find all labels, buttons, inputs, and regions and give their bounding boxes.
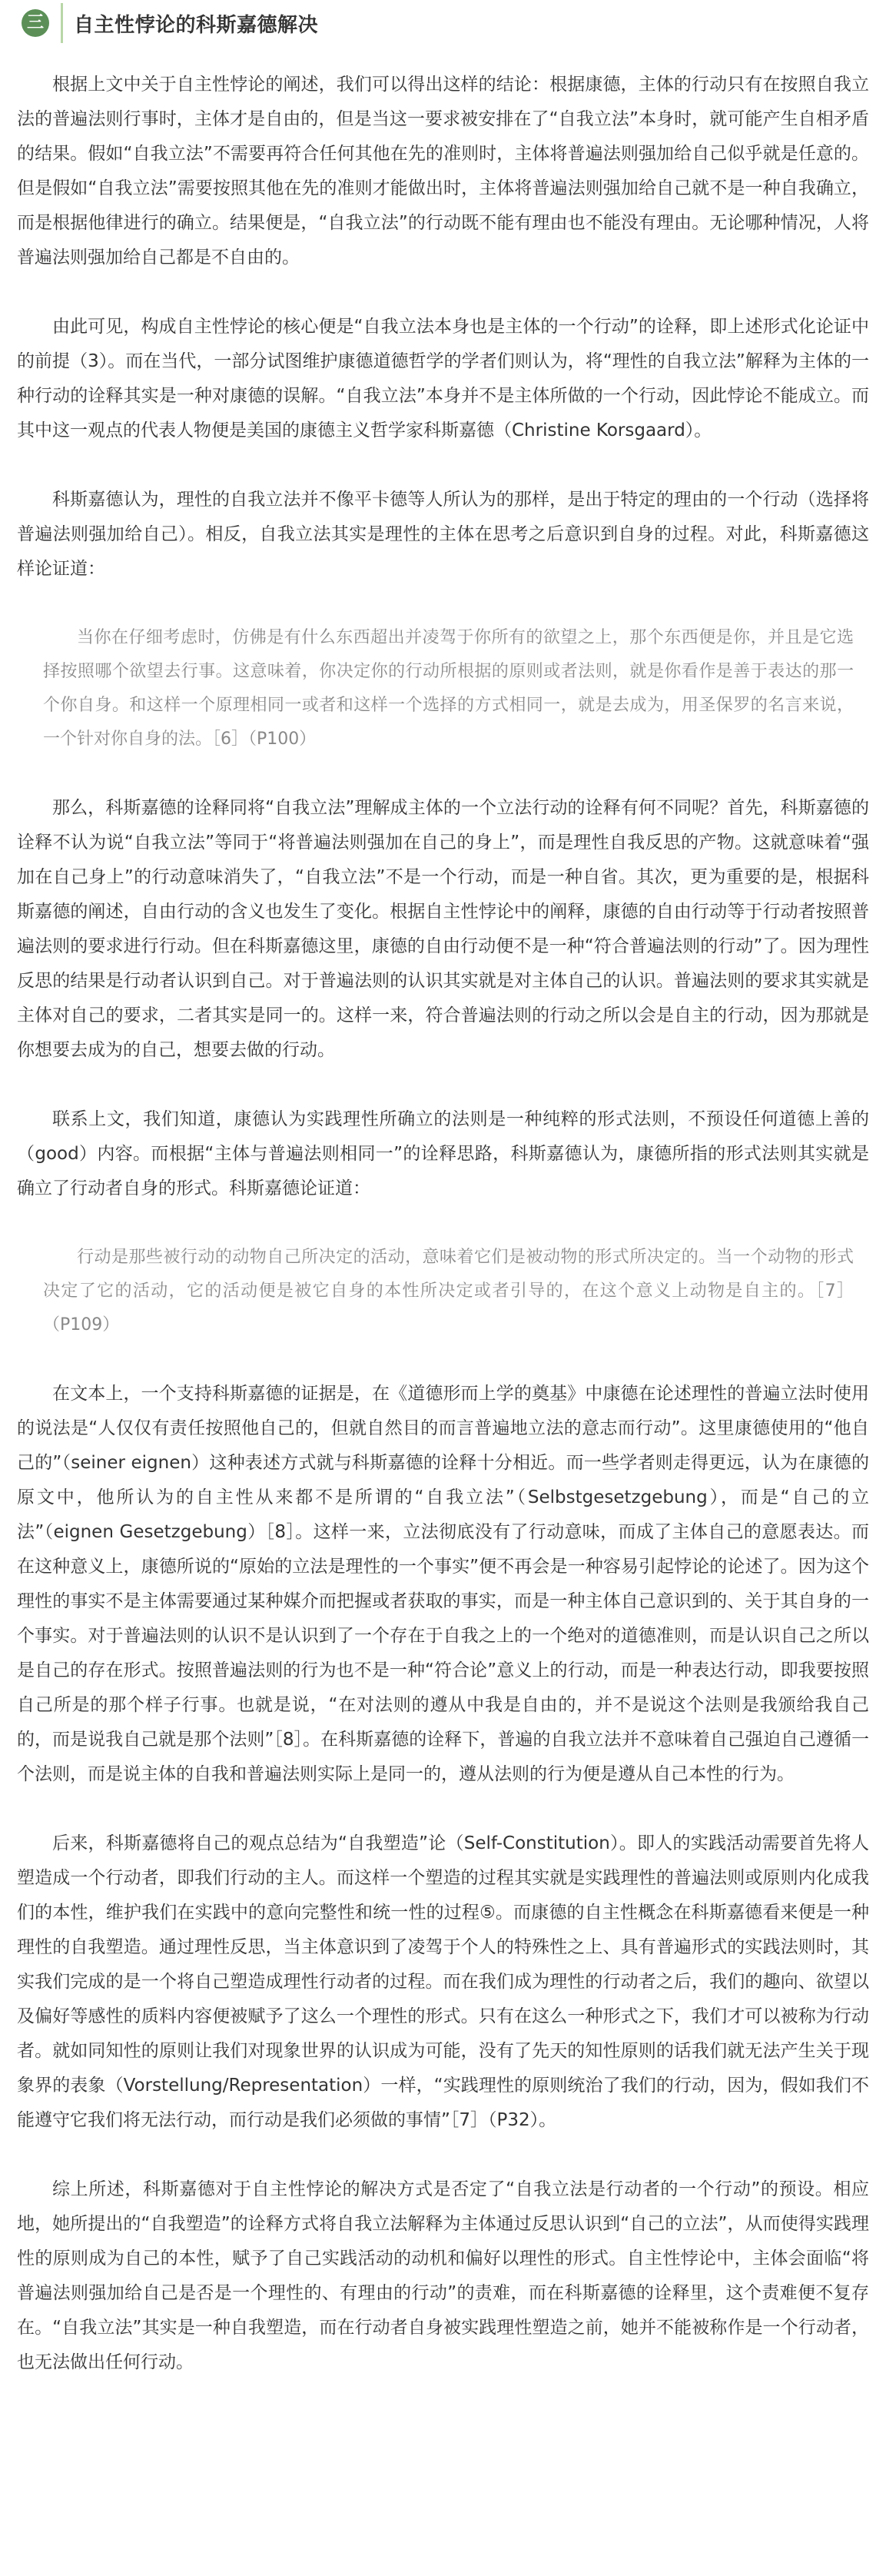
section-header: 三 自主性悖论的科斯嘉德解决 [0, 0, 886, 46]
block-quote: 当你在仔细考虑时，仿佛是有什么东西超出并凌驾于你所有的欲望之上，那个东西便是你，… [17, 621, 869, 756]
paragraph-conclusion: 根据上文中关于自主性悖论的阐述，我们可以得出这样的结论：根据康德，主体的行动只有… [17, 68, 869, 275]
paragraph-difference: 那么，科斯嘉德的诠释同将“自我立法”理解成主体的一个立法行动的诠释有何不同呢？首… [17, 791, 869, 1068]
section-number-badge-icon: 三 [22, 9, 49, 37]
paragraph-summary: 综上所述，科斯嘉德对于自主性悖论的解决方式是否定了“自我立法是行动者的一个行动”… [17, 2172, 869, 2380]
paragraph-korsgaard-view: 科斯嘉德认为，理性的自我立法并不像平卡德等人所认为的那样，是出于特定的理由的一个… [17, 483, 869, 587]
paragraph-formal-law: 联系上文，我们知道，康德认为实践理性所确立的法则是一种纯粹的形式法则，不预设任何… [17, 1102, 869, 1206]
section-title: 自主性悖论的科斯嘉德解决 [74, 9, 318, 38]
header-divider [61, 3, 63, 43]
paragraph-textual-evidence: 在文本上，一个支持科斯嘉德的证据是，在《道德形而上学的奠基》中康德在论述理性的普… [17, 1377, 869, 1792]
article-body: 根据上文中关于自主性悖论的阐述，我们可以得出这样的结论：根据康德，主体的行动只有… [0, 68, 886, 2411]
paragraph-core-of-paradox: 由此可见，构成自主性悖论的核心便是“自我立法本身也是主体的一个行动”的诠释，即上… [17, 310, 869, 448]
block-quote: 行动是那些被行动的动物自己所决定的活动，意味着它们是被动物的形式所决定的。当一个… [17, 1241, 869, 1342]
paragraph-self-constitution: 后来，科斯嘉德将自己的观点总结为“自我塑造”论（Self-Constitutio… [17, 1826, 869, 2138]
